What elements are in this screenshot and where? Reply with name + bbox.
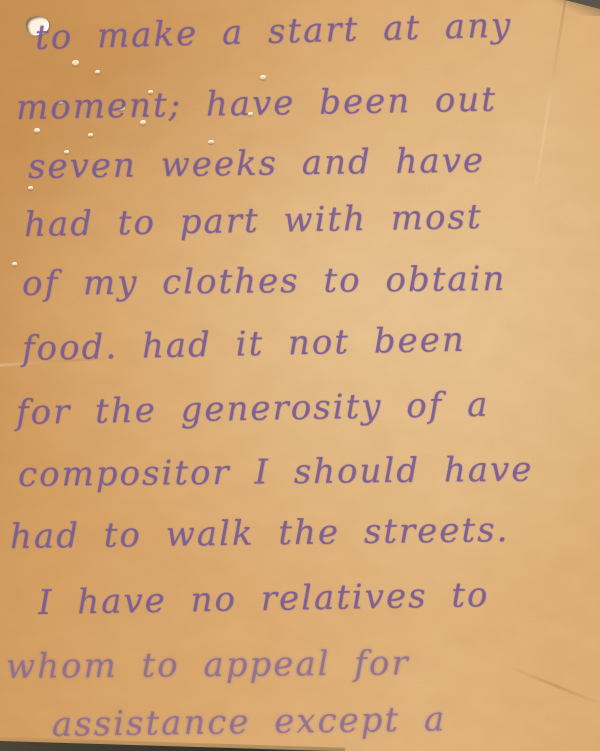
handwritten-line: whom to appeal for [6, 643, 410, 687]
handwritten-line: of my clothes to obtain [22, 259, 507, 304]
paper-damage-spot [12, 262, 17, 266]
paper-damage-spot [95, 70, 100, 74]
letter-paper: to make a start at any moment; have been… [0, 0, 600, 751]
paper-damage-spot [72, 60, 79, 66]
paper-crease [505, 664, 600, 719]
scan-background: to make a start at any moment; have been… [0, 0, 600, 751]
handwritten-line: compositor I should have [18, 450, 534, 495]
handwritten-line: I have no relatives to [38, 575, 490, 623]
paper-damage-spot [208, 140, 214, 144]
paper-damage-spot [260, 75, 266, 80]
paper-damage-spot [88, 133, 93, 137]
handwritten-line: for the generosity of a [16, 385, 490, 433]
handwritten-line: had to part with most [24, 197, 483, 245]
handwritten-line: food. had it not been [22, 320, 466, 369]
top-right-edge-shadow [552, 0, 600, 16]
handwritten-line: seven weeks and have [28, 141, 486, 187]
handwritten-line: to make a start at any [34, 6, 512, 58]
handwritten-line: assistance except a [52, 699, 447, 745]
paper-crease [531, 0, 568, 209]
paper-damage-spot [34, 128, 40, 133]
handwritten-line: moment; have been out [16, 80, 498, 128]
handwritten-line: had to walk the streets. [10, 510, 510, 557]
